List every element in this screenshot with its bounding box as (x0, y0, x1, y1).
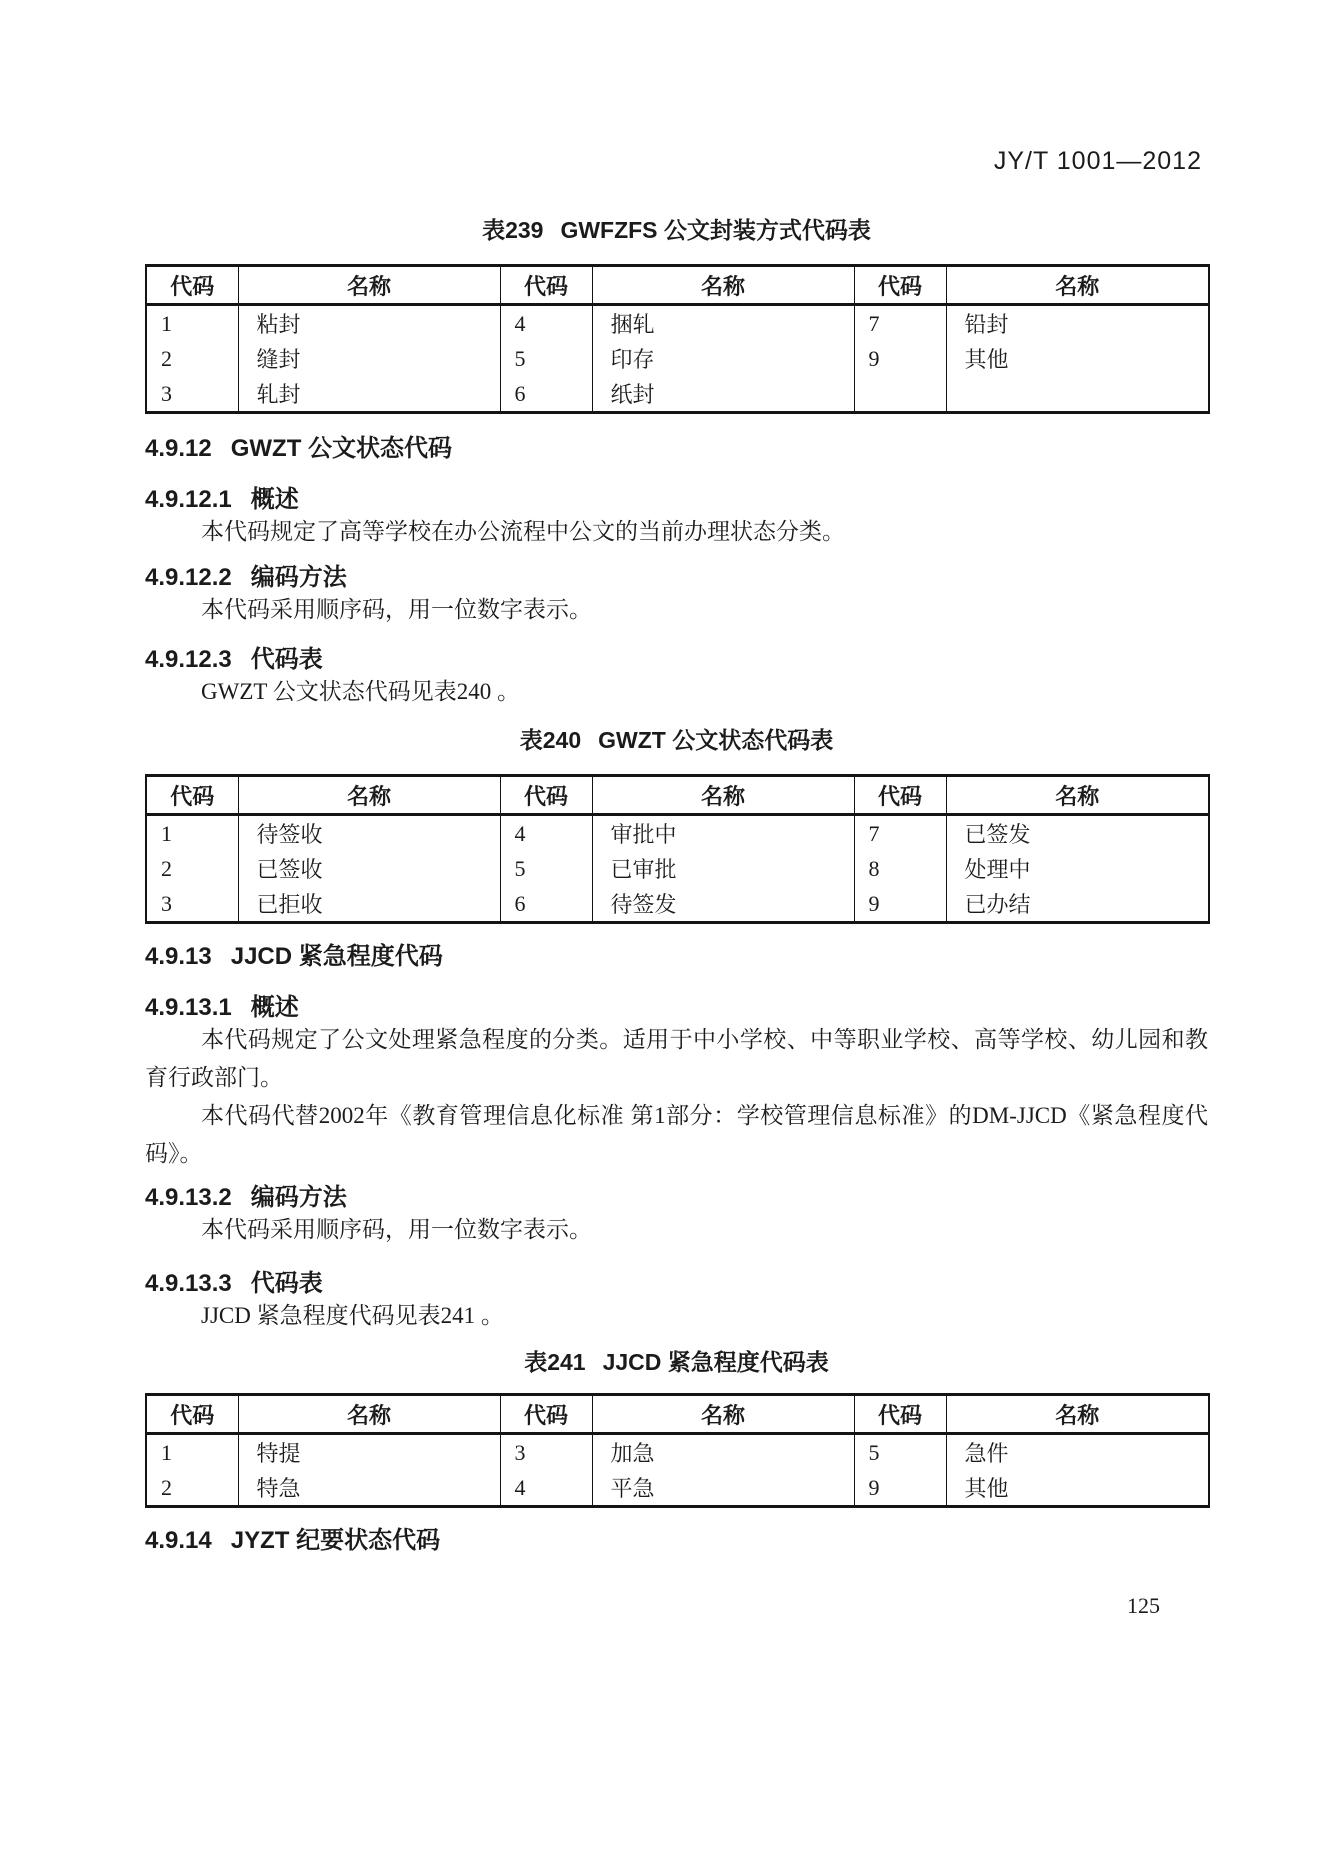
section-title: 代码表 (251, 1270, 323, 1297)
code-cell: 9 (854, 341, 946, 376)
section-heading-4-9-12: 4.9.12GWZT 公文状态代码 (145, 436, 1208, 462)
name-cell: 平急 (592, 1470, 854, 1507)
code-cell: 1 (146, 1434, 238, 1471)
column-header: 代码 (500, 1395, 592, 1434)
column-header: 名称 (592, 266, 854, 305)
table-row: 3 轧封 6 纸封 (146, 376, 1209, 413)
table-239-caption: 表239GWFZFS 公文封装方式代码表 (145, 217, 1208, 243)
section-number: 4.9.13.3 (145, 1270, 232, 1297)
code-cell: 4 (500, 305, 592, 342)
name-cell: 待签收 (238, 815, 500, 852)
code-cell: 5 (500, 341, 592, 376)
name-cell: 其他 (946, 341, 1209, 376)
column-header: 名称 (238, 1395, 500, 1434)
column-header: 代码 (146, 266, 238, 305)
paragraph-see-table-241: JJCD 紧急程度代码见表241 。 (145, 1297, 1208, 1335)
name-cell: 特急 (238, 1470, 500, 1507)
table-240: 代码 名称 代码 名称 代码 名称 1 待签收 4 审批中 7 已签发 (145, 774, 1210, 924)
name-cell: 已签收 (238, 851, 500, 886)
code-cell: 1 (146, 815, 238, 852)
code-cell: 2 (146, 341, 238, 376)
section-heading-4-9-13-3: 4.9.13.3代码表 (145, 1271, 1208, 1297)
code-cell: 7 (854, 815, 946, 852)
table-239: 代码 名称 代码 名称 代码 名称 1 粘封 4 捆轧 7 铅封 (145, 264, 1210, 414)
name-cell: 纸封 (592, 376, 854, 413)
section-heading-4-9-13-2: 4.9.13.2编码方法 (145, 1185, 1208, 1211)
column-header: 代码 (146, 776, 238, 815)
section-heading-4-9-13-1: 4.9.13.1概述 (145, 995, 1208, 1021)
column-header: 名称 (946, 266, 1209, 305)
document-page: JY/T 1001—2012 表239GWFZFS 公文封装方式代码表 代码 名… (0, 0, 1323, 1871)
section-title: 编码方法 (251, 1184, 347, 1211)
name-cell (946, 376, 1209, 413)
section-number: 4.9.12 (145, 435, 212, 462)
code-cell: 4 (500, 815, 592, 852)
section-number: 4.9.12.2 (145, 564, 232, 591)
code-cell: 9 (854, 886, 946, 923)
table-row: 2 已签收 5 已审批 8 处理中 (146, 851, 1209, 886)
section-title: JYZT 纪要状态代码 (231, 1527, 440, 1554)
name-cell: 已审批 (592, 851, 854, 886)
table-row: 2 缝封 5 印存 9 其他 (146, 341, 1209, 376)
table-240-caption: 表240GWZT 公文状态代码表 (145, 727, 1208, 753)
code-cell: 1 (146, 305, 238, 342)
name-cell: 已签发 (946, 815, 1209, 852)
table-header-row: 代码 名称 代码 名称 代码 名称 (146, 1395, 1209, 1434)
section-number: 4.9.13.2 (145, 1184, 232, 1211)
name-cell: 缝封 (238, 341, 500, 376)
column-header: 代码 (854, 1395, 946, 1434)
name-cell: 处理中 (946, 851, 1209, 886)
section-title: JJCD 紧急程度代码 (231, 943, 443, 970)
standard-code-header: JY/T 1001—2012 (145, 147, 1208, 175)
paragraph-replaces-2002: 本代码代替2002年《教育管理信息化标准 第1部分：学校管理信息标准》的DM-J… (145, 1097, 1208, 1173)
name-cell: 轧封 (238, 376, 500, 413)
paragraph-coding-method-jjcd: 本代码采用顺序码，用一位数字表示。 (145, 1211, 1208, 1249)
code-cell: 8 (854, 851, 946, 886)
section-heading-4-9-12-2: 4.9.12.2编码方法 (145, 565, 1208, 591)
paragraph-see-table-240: GWZT 公文状态代码见表240 。 (145, 673, 1208, 711)
code-cell: 9 (854, 1470, 946, 1507)
column-header: 代码 (854, 266, 946, 305)
section-heading-4-9-14: 4.9.14JYZT 纪要状态代码 (145, 1528, 1208, 1554)
code-cell: 7 (854, 305, 946, 342)
section-number: 4.9.14 (145, 1527, 212, 1554)
name-cell: 已拒收 (238, 886, 500, 923)
code-cell: 2 (146, 1470, 238, 1507)
column-header: 名称 (946, 776, 1209, 815)
code-cell: 4 (500, 1470, 592, 1507)
table-row: 3 已拒收 6 待签发 9 已办结 (146, 886, 1209, 923)
column-header: 名称 (238, 266, 500, 305)
code-cell: 2 (146, 851, 238, 886)
section-title: 编码方法 (251, 564, 347, 591)
name-cell: 审批中 (592, 815, 854, 852)
code-cell: 6 (500, 886, 592, 923)
section-title: 概述 (251, 486, 299, 513)
section-title: 代码表 (251, 646, 323, 673)
table-header-row: 代码 名称 代码 名称 代码 名称 (146, 266, 1209, 305)
section-number: 4.9.13 (145, 943, 212, 970)
section-title: GWZT 公文状态代码 (231, 435, 452, 462)
table-240-title: GWZT 公文状态代码表 (598, 727, 833, 753)
section-number: 4.9.12.1 (145, 486, 232, 513)
column-header: 代码 (146, 1395, 238, 1434)
table-239-label: 表239 (482, 217, 543, 243)
section-number: 4.9.13.1 (145, 994, 232, 1021)
paragraph-overview-gwzt: 本代码规定了高等学校在办公流程中公文的当前办理状态分类。 (145, 513, 1208, 551)
page-number: 125 (145, 1594, 1208, 1618)
name-cell: 待签发 (592, 886, 854, 923)
paragraph-overview-jjcd: 本代码规定了公文处理紧急程度的分类。适用于中小学校、中等职业学校、高等学校、幼儿… (145, 1021, 1208, 1097)
section-number: 4.9.12.3 (145, 646, 232, 673)
table-241-title: JJCD 紧急程度代码表 (603, 1349, 829, 1375)
name-cell: 加急 (592, 1434, 854, 1471)
column-header: 名称 (946, 1395, 1209, 1434)
table-row: 1 粘封 4 捆轧 7 铅封 (146, 305, 1209, 342)
name-cell: 印存 (592, 341, 854, 376)
code-cell: 3 (146, 376, 238, 413)
code-cell: 6 (500, 376, 592, 413)
section-heading-4-9-12-3: 4.9.12.3代码表 (145, 647, 1208, 673)
code-cell: 3 (146, 886, 238, 923)
column-header: 代码 (500, 266, 592, 305)
code-cell: 5 (500, 851, 592, 886)
column-header: 代码 (500, 776, 592, 815)
code-cell: 3 (500, 1434, 592, 1471)
column-header: 代码 (854, 776, 946, 815)
code-cell (854, 376, 946, 413)
section-heading-4-9-13: 4.9.13JJCD 紧急程度代码 (145, 944, 1208, 970)
column-header: 名称 (592, 1395, 854, 1434)
name-cell: 粘封 (238, 305, 500, 342)
section-title: 概述 (251, 994, 299, 1021)
paragraph-coding-method-gwzt: 本代码采用顺序码，用一位数字表示。 (145, 591, 1208, 629)
name-cell: 捆轧 (592, 305, 854, 342)
page-content: JY/T 1001—2012 表239GWFZFS 公文封装方式代码表 代码 名… (145, 0, 1208, 1618)
table-header-row: 代码 名称 代码 名称 代码 名称 (146, 776, 1209, 815)
table-241-label: 表241 (524, 1349, 585, 1375)
code-cell: 5 (854, 1434, 946, 1471)
name-cell: 急件 (946, 1434, 1209, 1471)
section-heading-4-9-12-1: 4.9.12.1概述 (145, 487, 1208, 513)
column-header: 名称 (238, 776, 500, 815)
name-cell: 其他 (946, 1470, 1209, 1507)
name-cell: 铅封 (946, 305, 1209, 342)
table-239-title: GWFZFS 公文封装方式代码表 (560, 217, 870, 243)
column-header: 名称 (592, 776, 854, 815)
table-row: 1 特提 3 加急 5 急件 (146, 1434, 1209, 1471)
table-240-label: 表240 (520, 727, 581, 753)
name-cell: 已办结 (946, 886, 1209, 923)
table-row: 2 特急 4 平急 9 其他 (146, 1470, 1209, 1507)
name-cell: 特提 (238, 1434, 500, 1471)
table-row: 1 待签收 4 审批中 7 已签发 (146, 815, 1209, 852)
table-241: 代码 名称 代码 名称 代码 名称 1 特提 3 加急 5 急件 (145, 1393, 1210, 1508)
table-241-caption: 表241JJCD 紧急程度代码表 (145, 1349, 1208, 1375)
